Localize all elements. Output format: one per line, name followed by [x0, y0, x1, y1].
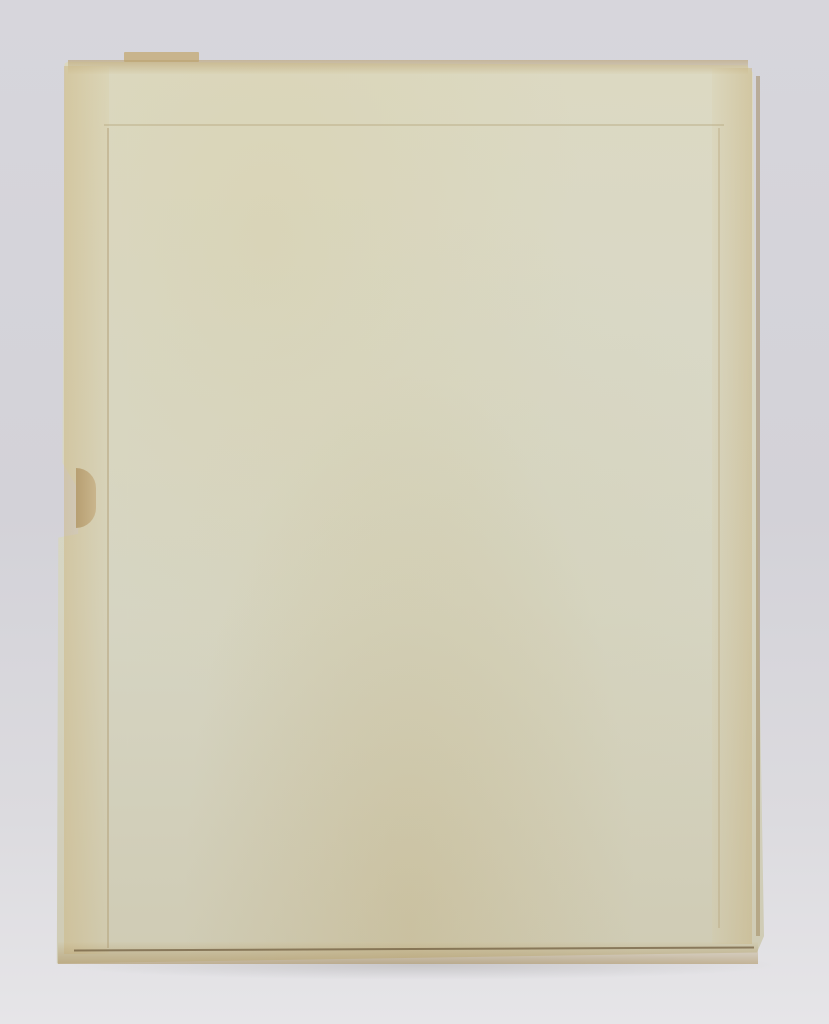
right-spine-edge: [756, 76, 760, 936]
fold-line-left: [107, 128, 109, 948]
slipcase: [54, 58, 764, 968]
fold-line-right: [718, 128, 720, 928]
fold-line-top: [104, 124, 724, 126]
aged-top-edge: [68, 60, 748, 74]
slipcase-surface: [54, 58, 764, 968]
aged-bottom-edge: [58, 942, 758, 964]
